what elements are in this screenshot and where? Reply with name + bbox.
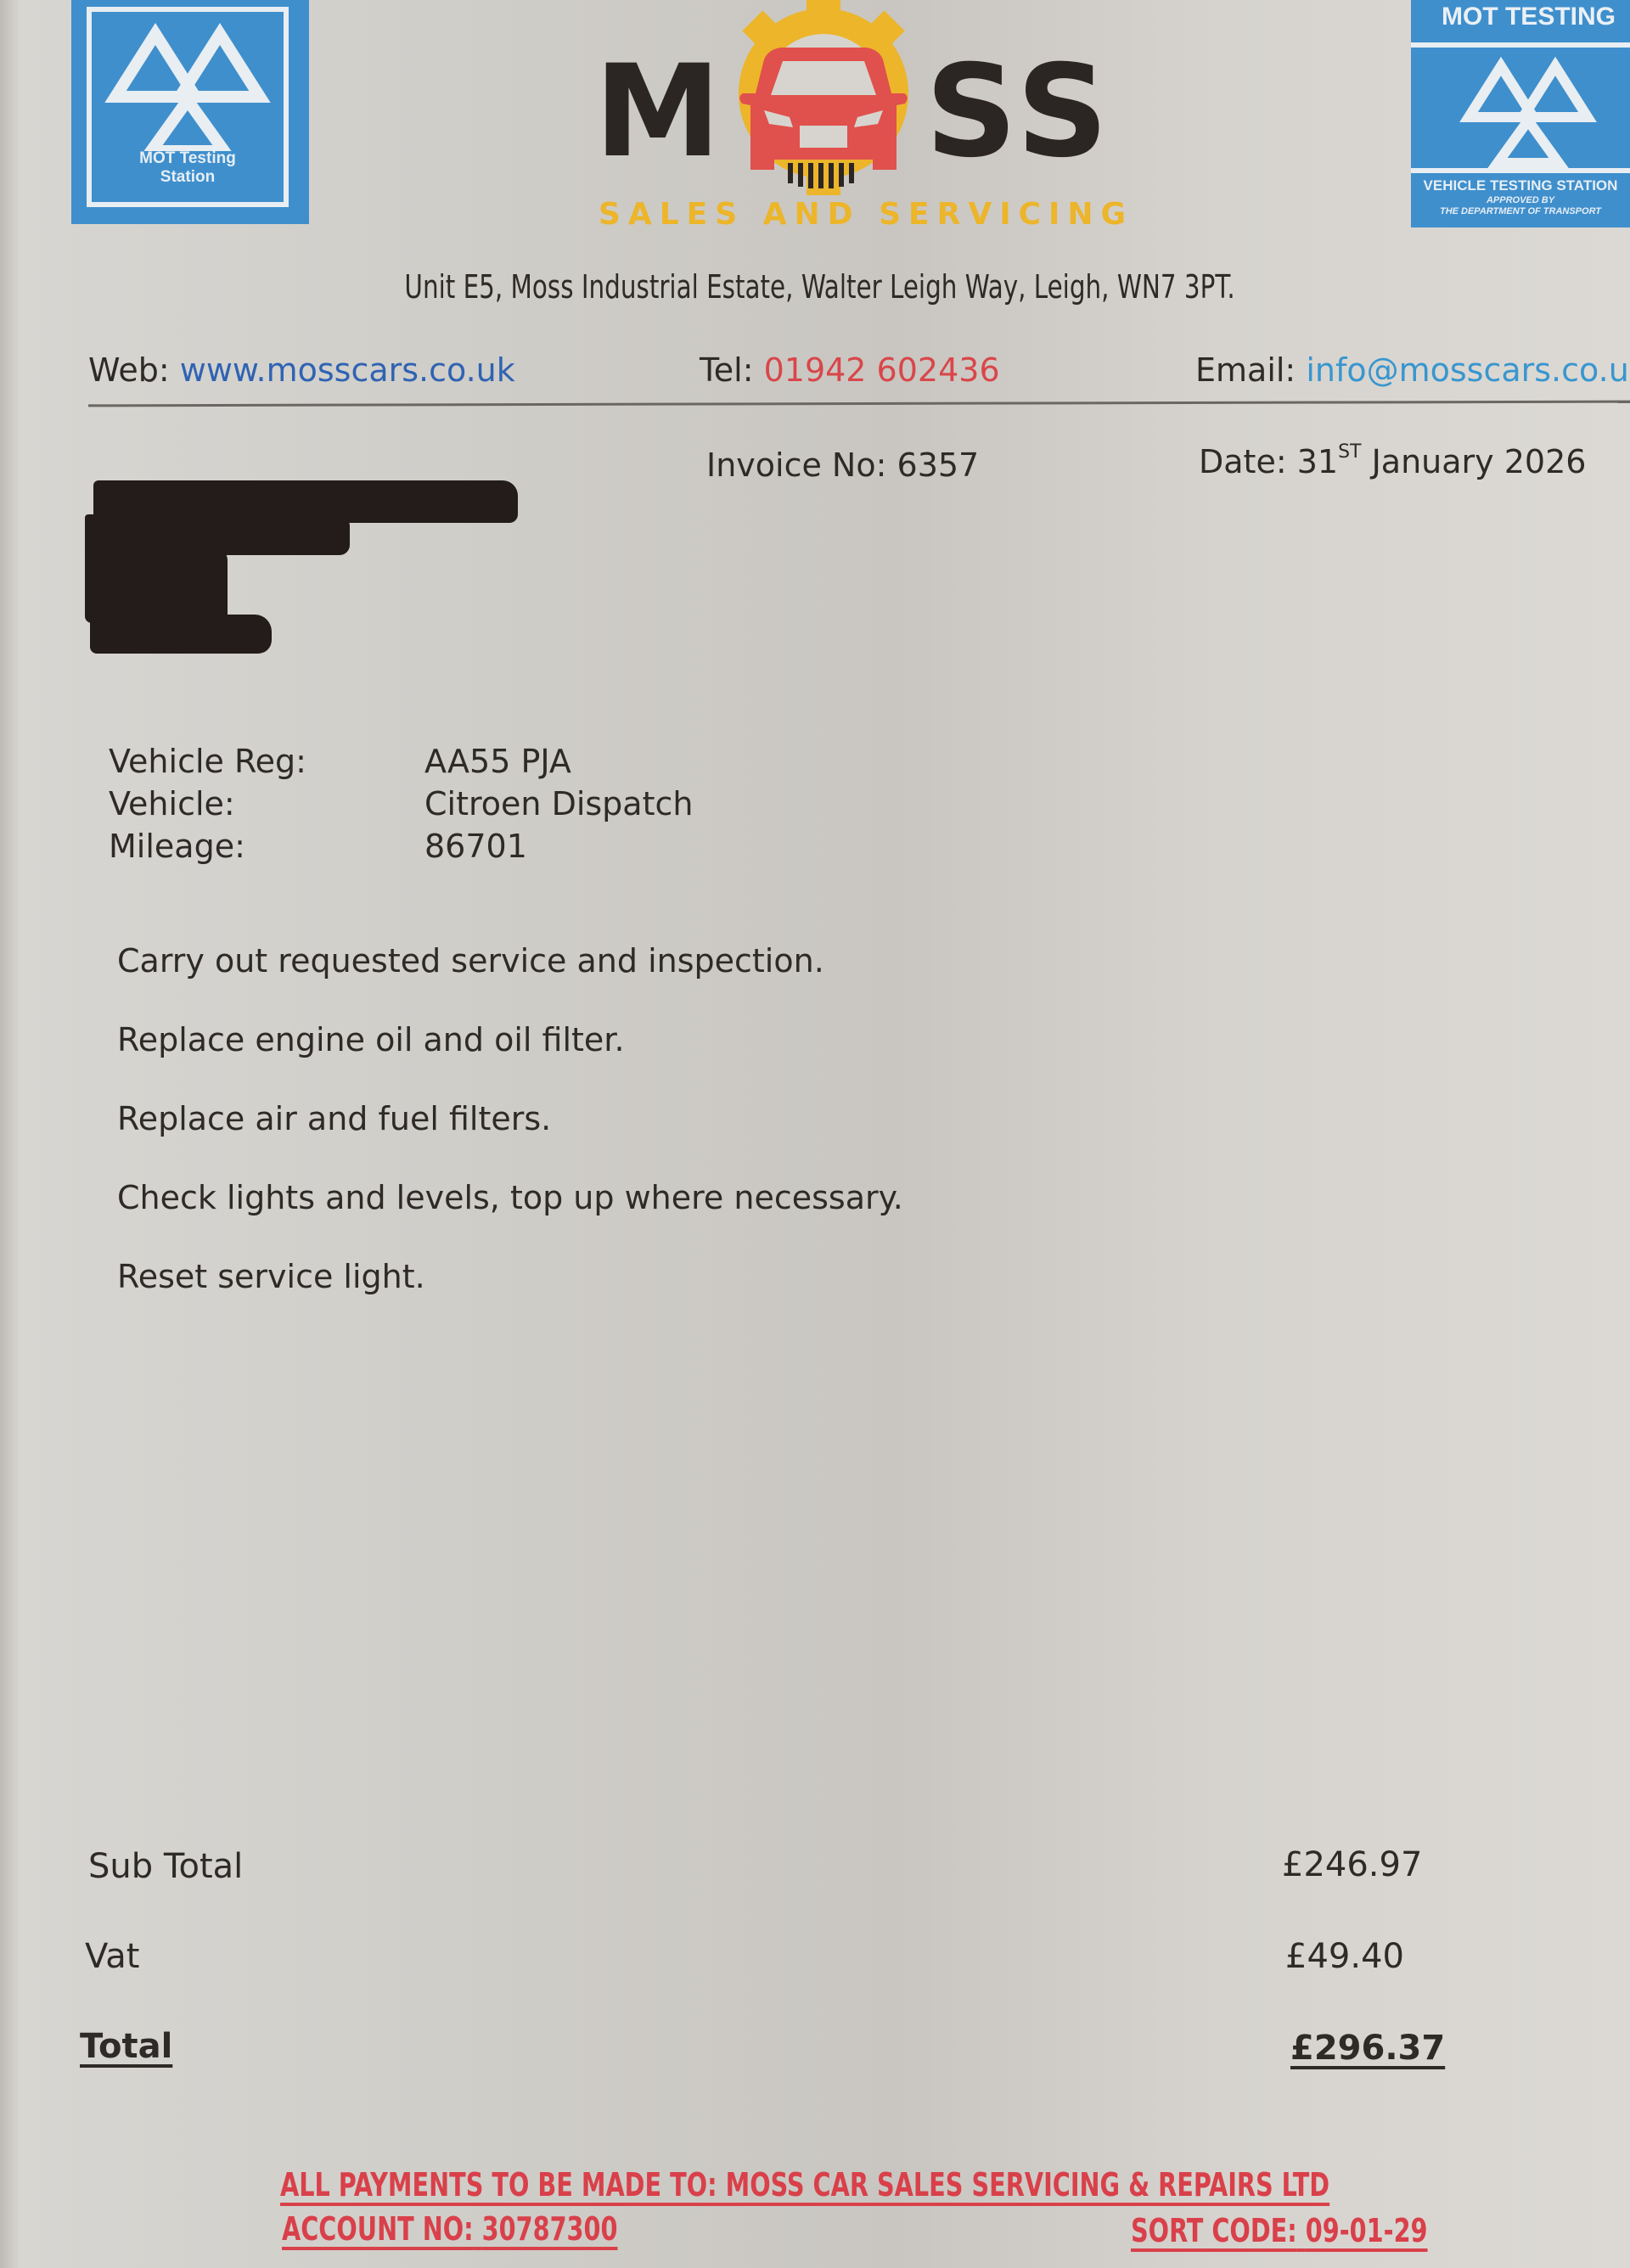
phone-number[interactable]: 01942 602436 xyxy=(764,351,1000,389)
vehicle-model-row: Vehicle: Citroen Dispatch xyxy=(109,783,693,825)
paper-edge xyxy=(0,0,19,2268)
account-number: ACCOUNT NO: 30787300 xyxy=(282,2210,617,2248)
customer-address-redacted xyxy=(85,480,526,662)
vehicle-mileage-row: Mileage: 86701 xyxy=(109,825,693,867)
subtotal-value: £246.97 xyxy=(1282,1845,1422,1884)
mot-triangles-icon xyxy=(1445,53,1615,171)
vehicle-reg-row: Vehicle Reg: AA55 PJA xyxy=(109,740,693,783)
work-item: Reset service light. xyxy=(117,1258,903,1337)
work-item: Carry out requested service and inspecti… xyxy=(117,942,903,1021)
contact-email: Email: info@mosscars.co.uk xyxy=(1195,351,1630,389)
work-items-list: Carry out requested service and inspecti… xyxy=(117,942,903,1337)
vehicle-testing-station-logo: MOT TESTING VEHICLE TESTING STATION APPR… xyxy=(1411,0,1630,227)
work-item: Replace air and fuel filters. xyxy=(117,1100,903,1179)
email-link[interactable]: info@mosscars.co.uk xyxy=(1306,351,1630,389)
mot-right-caption: VEHICLE TESTING STATION APPROVED BY THE … xyxy=(1411,168,1630,227)
contact-web: Web: www.mosscars.co.uk xyxy=(88,351,515,389)
subtotal-label: Sub Total xyxy=(88,1847,243,1886)
mot-right-title: MOT TESTING xyxy=(1411,0,1630,48)
brand-tagline: SALES AND SERVICING xyxy=(594,197,1138,232)
vat-value: £49.40 xyxy=(1285,1937,1404,1976)
invoice-number: Invoice No: 6357 xyxy=(706,446,979,484)
payment-instructions: ALL PAYMENTS TO BE MADE TO: MOSS CAR SAL… xyxy=(280,2166,1329,2203)
invoice-date: Date: 31ST January 2026 xyxy=(1199,441,1586,480)
work-item: Replace engine oil and oil filter. xyxy=(117,1021,903,1100)
total-label: Total xyxy=(80,2027,172,2066)
mot-testing-station-logo: MOT Testing Station xyxy=(71,0,309,224)
work-item: Check lights and levels, top up where ne… xyxy=(117,1179,903,1258)
sort-code: SORT CODE: 09-01-29 xyxy=(1131,2212,1428,2249)
brand-wordmark: M SS xyxy=(594,61,1138,163)
mot-triangles-icon xyxy=(92,15,284,151)
contact-tel: Tel: 01942 602436 xyxy=(700,351,1000,389)
website-link[interactable]: www.mosscars.co.uk xyxy=(180,351,515,389)
total-value: £296.37 xyxy=(1290,2029,1445,2068)
company-address: Unit E5, Moss Industrial Estate, Walter … xyxy=(119,268,1520,306)
moss-brand-logo: M SS SALES AND SERVICING xyxy=(594,0,1138,238)
vehicle-details: Vehicle Reg: AA55 PJA Vehicle: Citroen D… xyxy=(109,740,693,867)
mot-left-caption: MOT Testing Station xyxy=(92,149,284,187)
vat-label: Vat xyxy=(85,1937,139,1976)
header-divider xyxy=(88,401,1630,407)
